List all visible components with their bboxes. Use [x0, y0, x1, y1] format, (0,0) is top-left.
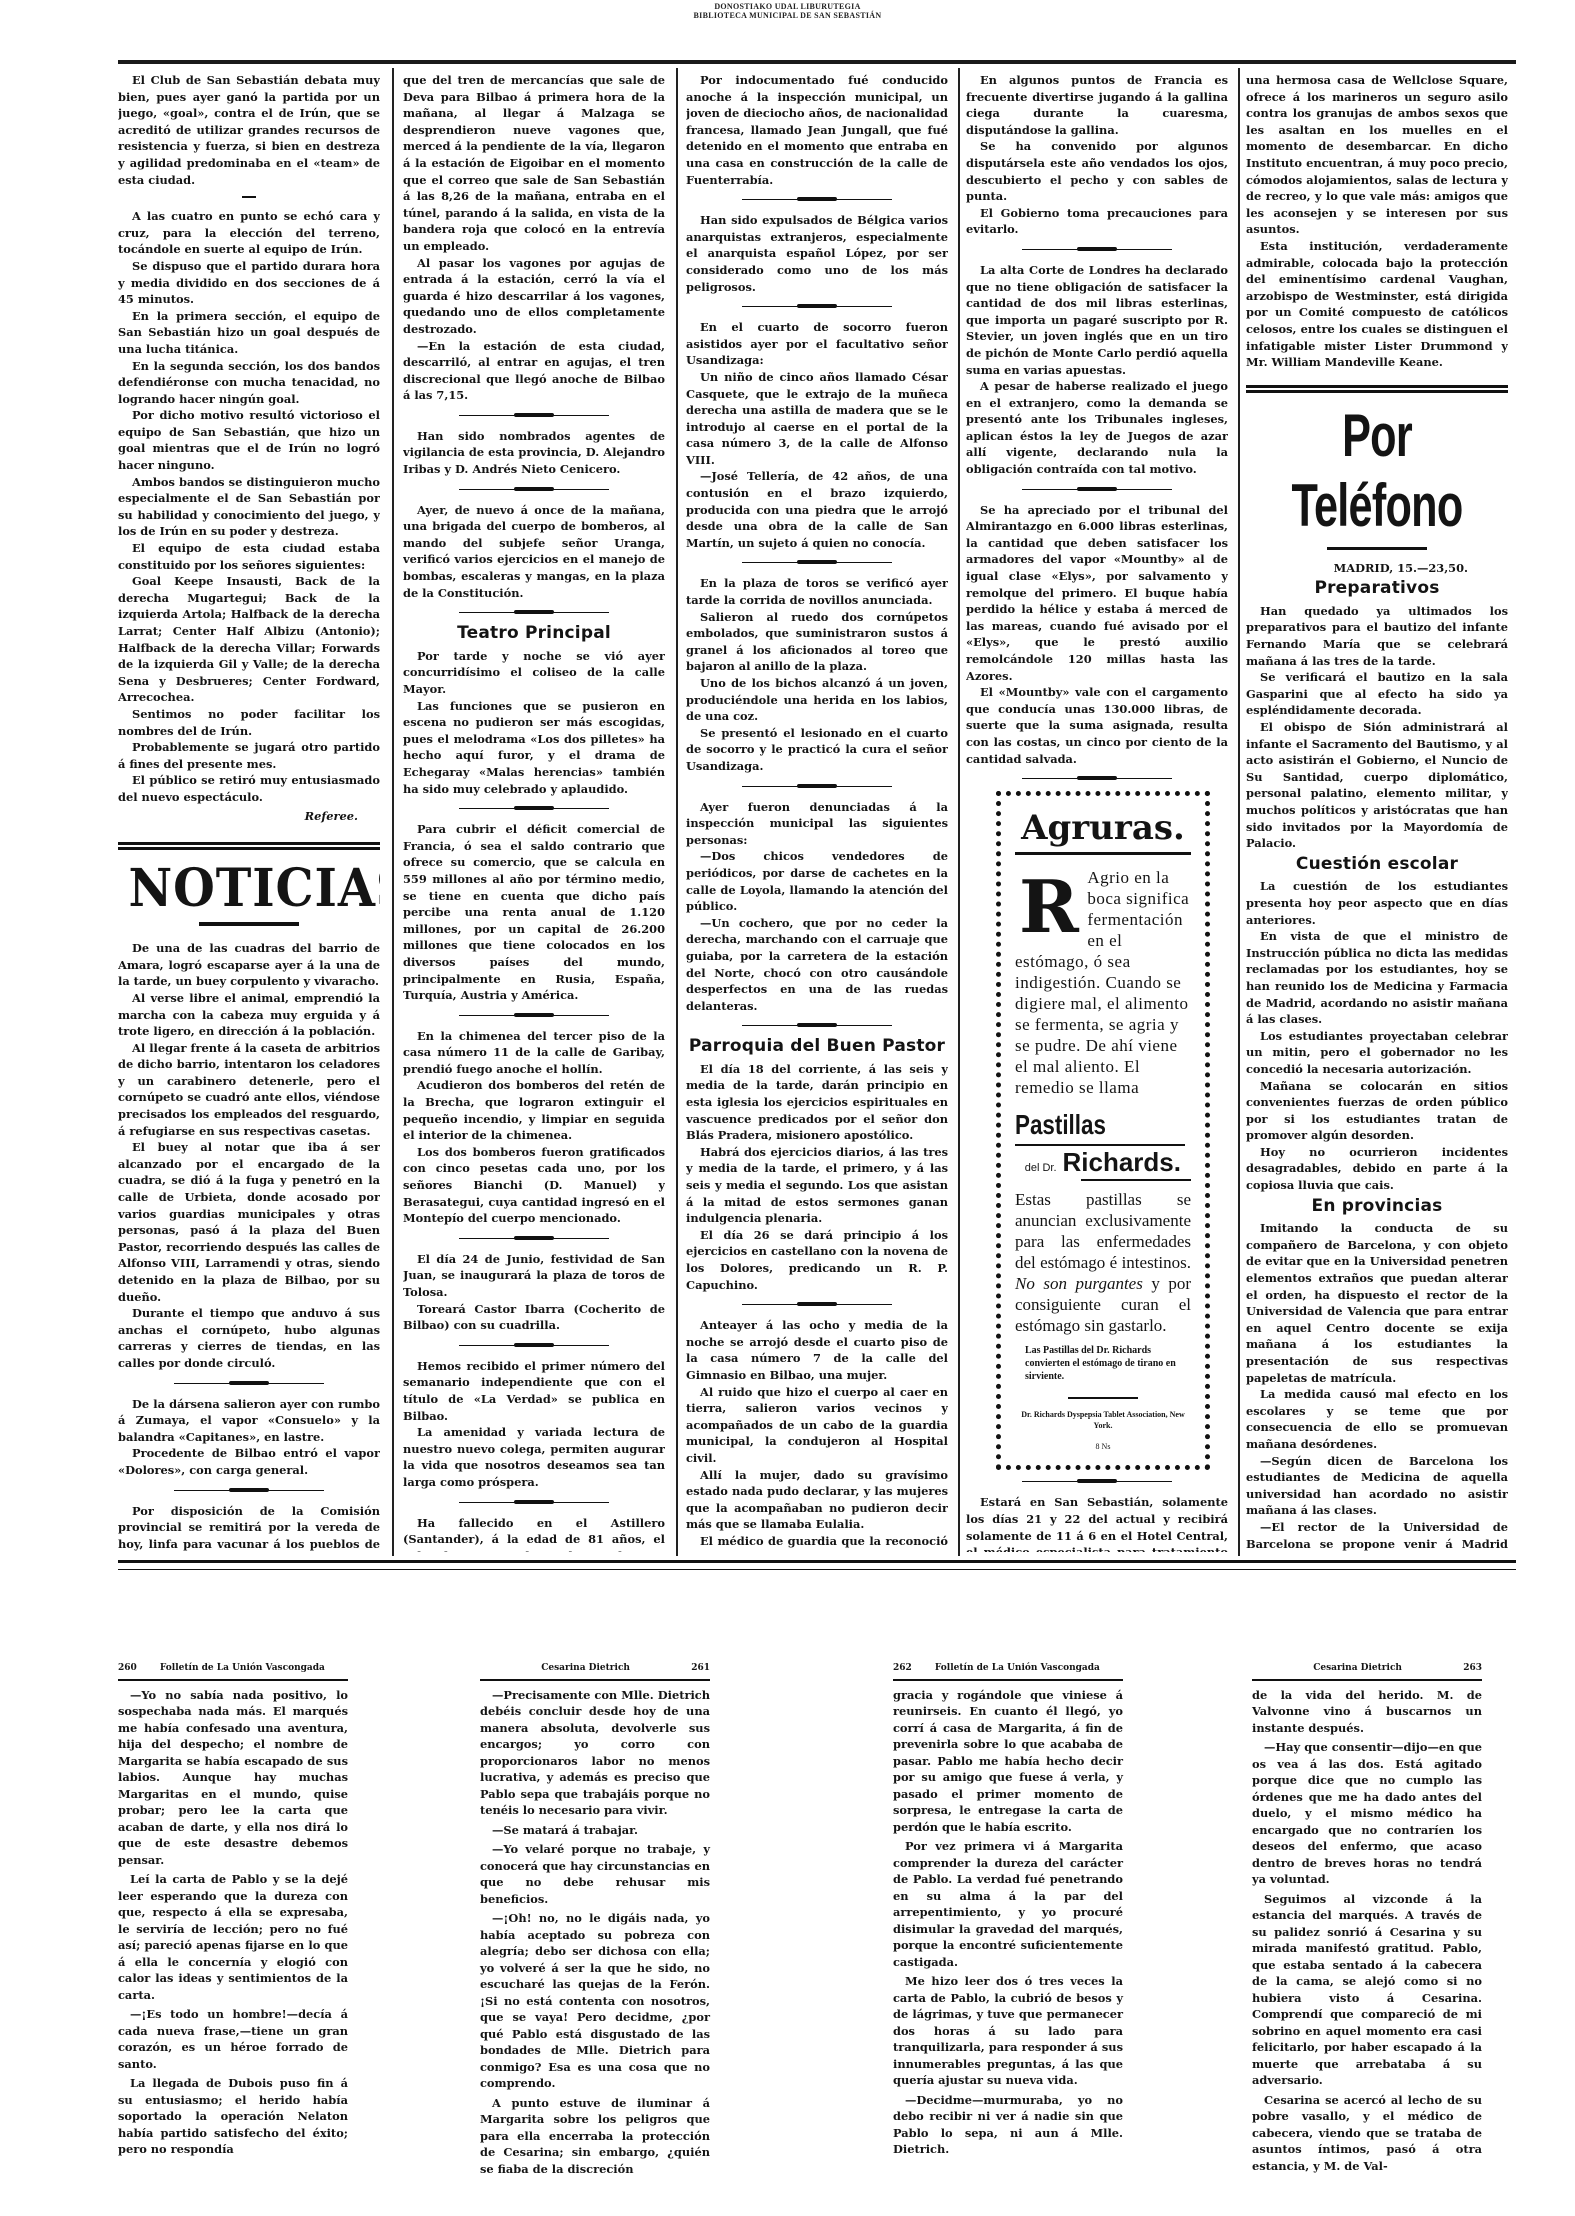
article-paragraph: Esta institución, verdaderamente admirab… — [1246, 238, 1508, 371]
news-paragraph: Al verse libre el animal, emprendió la m… — [118, 990, 380, 1040]
article-paragraph: —Según dicen de Barcelona los estudiante… — [1246, 1453, 1508, 1519]
folletin-page-4: Cesarina Dietrich 263 de la vida del her… — [1252, 1660, 1482, 2216]
article-paragraph: una hermosa casa de Wellclose Square, of… — [1246, 72, 1508, 238]
ornamental-divider — [742, 196, 892, 203]
article-paragraph: El obispo de Sión administrará al infant… — [1246, 719, 1508, 852]
folletin-paragraph: Por vez primera vi á Margarita comprende… — [893, 1838, 1123, 1970]
page-number: 261 — [691, 1660, 710, 1677]
news-paragraph: Por disposición de la Comisión provincia… — [118, 1503, 380, 1552]
feuilleton-separator-rule — [118, 1560, 1516, 1570]
folletin-paragraph: —Decidme—murmuraba, yo no debo recibir n… — [893, 2092, 1123, 2158]
double-rule — [1246, 385, 1508, 393]
column-3: Por indocumentado fué conducido anoche á… — [686, 72, 948, 1552]
title-underline — [1327, 547, 1427, 550]
ornamental-divider — [1022, 486, 1172, 493]
news-paragraph: Procedente de Bilbao entró el vapor «Dol… — [118, 1445, 380, 1478]
ad-product: Pastillas — [1015, 1108, 1156, 1142]
article-paragraph: —Un cochero, que por no ceder la derecha… — [686, 915, 948, 1015]
subhead-preparativos: Preparativos — [1246, 580, 1508, 597]
ornamental-divider — [459, 805, 609, 812]
column-1: El Club de San Sebastián debata muy bien… — [118, 72, 380, 1552]
folletin-paragraph: —Precisamente con Mlle. Dietrich debéis … — [480, 1687, 710, 1819]
article-paragraph: Han sido nombrados agentes de vigilancia… — [403, 428, 665, 478]
article-paragraph: Por indocumentado fué conducido anoche á… — [686, 72, 948, 188]
short-divider — [242, 196, 256, 198]
ornamental-divider — [459, 1342, 609, 1349]
article-paragraph: Ayer fueron denunciadas á la inspección … — [686, 799, 948, 849]
article-paragraph: A las cuatro en punto se echó cara y cru… — [118, 208, 380, 258]
news-paragraph: Durante el tiempo que anduvo á sus ancha… — [118, 1305, 380, 1371]
ad-rule — [1068, 1397, 1138, 1399]
article-paragraph: Por dicho motivo resultó victorioso el e… — [118, 407, 380, 473]
article-paragraph: A pesar de haberse realizado el juego en… — [966, 378, 1228, 478]
folletin-paragraph: —¡Es todo un hombre!—decía á cada nueva … — [118, 2006, 348, 2072]
article-paragraph: Toreará Castor Ibarra (Cocherito de Bilb… — [403, 1301, 665, 1334]
article-paragraph: La amenidad y variada lectura de nuestro… — [403, 1424, 665, 1490]
folletin-paragraph: —Yo no sabía nada positivo, lo sospechab… — [118, 1687, 348, 1869]
article-paragraph: En el cuarto de socorro fueron asistidos… — [686, 319, 948, 369]
ornamental-divider — [742, 783, 892, 790]
folletin-paragraph: —Yo velaré porque no trabaje, y conocerá… — [480, 1841, 710, 1907]
folletin-paragraph: —Hay que consentir—dijo—en que os vea á … — [1252, 1739, 1482, 1888]
ad-doctor-name: Richards. — [1063, 1147, 1182, 1177]
column-rule — [676, 68, 678, 1556]
article-paragraph: —Dos chicos vendedores de periódicos, po… — [686, 848, 948, 914]
folletin-header: 260 Folletín de La Unión Vascongada — [118, 1660, 348, 1681]
signature: Referee. — [118, 808, 380, 825]
folletin-paragraph: gracia y rogándole que viniese á reunirs… — [893, 1687, 1123, 1836]
ornamental-divider — [1022, 1478, 1172, 1485]
article-paragraph: En vista de que el ministro de Instrucci… — [1246, 928, 1508, 1028]
running-title: Folletín de La Unión Vascongada — [160, 1660, 325, 1677]
ad-intro: R Agrio en la boca significa fermentació… — [1015, 867, 1191, 1098]
column-rule — [958, 68, 960, 1556]
ad-note: Las Pastillas del Dr. Richards convierte… — [1025, 1344, 1191, 1383]
section-title-telefono: Por Teléfono — [1283, 401, 1472, 541]
article-paragraph: El equipo de esta ciudad estaba constitu… — [118, 540, 380, 573]
top-rule — [118, 60, 1516, 64]
article-paragraph: Para cubrir el déficit comercial de Fran… — [403, 821, 665, 1004]
article-paragraph: En la chimenea del tercer piso de la cas… — [403, 1028, 665, 1078]
article-paragraph: Los dos bomberos fueron gratificados con… — [403, 1144, 665, 1227]
ornamental-divider — [459, 1235, 609, 1242]
ornamental-divider — [459, 609, 609, 616]
column-4: En algunos puntos de Francia es frecuent… — [966, 72, 1228, 1552]
article-paragraph: El público se retiró muy entusiasmado de… — [118, 772, 380, 805]
folletin-paragraph: de la vida del herido. M. de Valvonne vi… — [1252, 1687, 1482, 1737]
folletin-header: 262 Folletín de La Unión Vascongada — [893, 1660, 1123, 1681]
folletin-paragraph: Cesarina se acercó al lecho de su pobre … — [1252, 2092, 1482, 2175]
article-paragraph: Un niño de cinco años llamado César Casq… — [686, 369, 948, 469]
folletin-header: Cesarina Dietrich 263 — [1252, 1660, 1482, 1681]
article-paragraph: La cuestión de los estudiantes presenta … — [1246, 878, 1508, 928]
folletin-page-3: 262 Folletín de La Unión Vascongada grac… — [893, 1660, 1123, 2216]
article-paragraph: Por tarde y noche se vió ayer concurridí… — [403, 648, 665, 698]
library-stamp: DONOSTIAKO UDAL LIBURUTEGIA BIBLIOTECA M… — [0, 2, 1575, 20]
ornamental-divider — [459, 1012, 609, 1019]
article-paragraph: Han quedado ya ultimados los preparativo… — [1246, 603, 1508, 669]
section-title-teatro: Teatro Principal — [403, 625, 665, 642]
folletin-page-1: 260 Folletín de La Unión Vascongada —Yo … — [118, 1660, 348, 2216]
title-underline — [199, 922, 299, 926]
column-rule — [1238, 68, 1240, 1556]
section-title-noticias: NOTICIAS — [128, 860, 369, 918]
running-title: Cesarina Dietrich — [1313, 1660, 1402, 1677]
ornamental-divider — [1022, 775, 1172, 782]
article-paragraph: Se dispuso que el partido durara hora y … — [118, 258, 380, 308]
ad-maker: Dr. Richards Dyspepsia Tablet Associatio… — [1015, 1409, 1191, 1431]
article-paragraph: Al ruido que hizo el cuerpo al caer en t… — [686, 1384, 948, 1467]
ad-body-text: Estas pastillas se anuncian exclusivamen… — [1015, 1190, 1191, 1272]
article-paragraph: El médico de guardia que la reconoció la… — [686, 1533, 948, 1552]
ornamental-divider — [742, 1022, 892, 1029]
ad-title: Agruras. — [1015, 808, 1191, 848]
article-paragraph: En la plaza de toros se verificó ayer ta… — [686, 575, 948, 608]
article-paragraph: Al pasar los vagones por agujas de entra… — [403, 255, 665, 338]
article-paragraph: —José Tellería, de 42 años, de una contu… — [686, 468, 948, 551]
ad-body: Estas pastillas se anuncian exclusivamen… — [1015, 1189, 1191, 1336]
article-paragraph: Se verificará el bautizo en la sala Gasp… — [1246, 669, 1508, 719]
article-paragraph: Salieron al ruedo dos cornúpetos embolad… — [686, 609, 948, 675]
folletin-paragraph: —Se matará á trabajar. — [480, 1822, 710, 1839]
folletin-page-2: Cesarina Dietrich 261 —Precisamente con … — [480, 1660, 710, 2216]
article-paragraph: La alta Corte de Londres ha declarado qu… — [966, 262, 1228, 378]
folletin-paragraph: Leí la carta de Pablo y se la dejé leer … — [118, 1871, 348, 2003]
ornamental-divider — [742, 559, 892, 566]
article-paragraph: El Club de San Sebastián debata muy bien… — [118, 72, 380, 188]
column-5: una hermosa casa de Wellclose Square, of… — [1246, 72, 1508, 1552]
article-paragraph: Goal Keepe Insausti, Back de la derecha … — [118, 573, 380, 706]
ornamental-divider — [459, 486, 609, 493]
article-paragraph: El día 24 de Junio, festividad de San Ju… — [403, 1251, 665, 1301]
folletin-paragraph: A punto estuve de iluminar á Margarita s… — [480, 2095, 710, 2178]
running-title: Folletín de La Unión Vascongada — [935, 1660, 1100, 1677]
article-paragraph: Imitando la conducta de su compañero de … — [1246, 1220, 1508, 1386]
ornamental-divider — [1022, 246, 1172, 253]
ad-doctor: del Dr.Richards. — [1015, 1154, 1191, 1177]
ornamental-divider — [742, 303, 892, 310]
article-paragraph: Acudieron dos bomberos del retén de la B… — [403, 1077, 665, 1143]
ornamental-divider — [174, 1380, 324, 1387]
article-paragraph: —El rector de la Universidad de Barcelon… — [1246, 1519, 1508, 1552]
double-rule — [118, 842, 380, 850]
article-paragraph: El «Mountby» vale con el cargamento que … — [966, 684, 1228, 767]
column-2: que del tren de mercancías que sale de D… — [403, 72, 665, 1552]
article-paragraph: En la segunda sección, los dos bandos de… — [118, 358, 380, 408]
folletin-header: Cesarina Dietrich 261 — [480, 1660, 710, 1681]
article-paragraph: Se ha convenido por algunos disputársela… — [966, 138, 1228, 204]
article-paragraph: Habrá dos ejercicios diarios, á las tres… — [686, 1144, 948, 1227]
article-paragraph: En algunos puntos de Francia es frecuent… — [966, 72, 1228, 138]
folletin-paragraph: La llegada de Dubois puso fin á su entus… — [118, 2075, 348, 2158]
ornamental-divider — [174, 1487, 324, 1494]
news-paragraph: El buey al notar que iba á ser alcanzado… — [118, 1139, 380, 1305]
stamp-line-1: DONOSTIAKO UDAL LIBURUTEGIA — [0, 2, 1575, 11]
ornamental-divider — [742, 1301, 892, 1308]
article-paragraph: Se presentó el lesionado en el cuarto de… — [686, 725, 948, 775]
ad-rule — [1081, 1179, 1191, 1181]
dateline: MADRID, 15.—23,50. — [1246, 560, 1508, 577]
article-paragraph: Allí la mujer, dado su gravísimo estado … — [686, 1467, 948, 1533]
article-paragraph: —En la estación de esta ciudad, descarri… — [403, 338, 665, 404]
ad-rule — [1015, 1144, 1185, 1146]
article-paragraph: El día 18 del corriente, á las seis y me… — [686, 1061, 948, 1144]
article-paragraph: Estará en San Sebastián, solamente los d… — [966, 1494, 1228, 1552]
article-paragraph: Anteayer á las ocho y media de la noche … — [686, 1317, 948, 1383]
page-number: 260 — [118, 1660, 137, 1677]
page-number: 262 — [893, 1660, 912, 1677]
news-paragraph: De la dársena salieron ayer con rumbo á … — [118, 1396, 380, 1446]
column-rule — [392, 68, 394, 1556]
page-number: 263 — [1463, 1660, 1482, 1677]
ad-body-italic: No son purgantes — [1015, 1274, 1143, 1293]
folletin-paragraph: —¡Oh! no, no le digáis nada, yo había ac… — [480, 1910, 710, 2092]
folletin-paragraph: Seguimos al vizconde á la estancia del m… — [1252, 1891, 1482, 2089]
folletin-paragraph: Me hizo leer dos ó tres veces la carta d… — [893, 1973, 1123, 2089]
subhead-en-provincias: En provincias — [1246, 1198, 1508, 1215]
article-paragraph: En la primera sección, el equipo de San … — [118, 308, 380, 358]
article-paragraph: Uno de los bichos alcanzó á un joven, pr… — [686, 675, 948, 725]
ad-title-rule — [1015, 852, 1191, 855]
section-title-parroquia: Parroquia del Buen Pastor — [686, 1038, 948, 1055]
stamp-line-2: BIBLIOTECA MUNICIPAL DE SAN SEBASTIÁN — [0, 11, 1575, 20]
article-paragraph: Ambos bandos se distinguieron mucho espe… — [118, 474, 380, 540]
ornamental-divider — [459, 412, 609, 419]
ad-doctor-prefix: del Dr. — [1025, 1162, 1057, 1174]
article-paragraph: Han sido expulsados de Bélgica varios an… — [686, 212, 948, 295]
article-paragraph: Probablemente se jugará otro partido á f… — [118, 739, 380, 772]
article-paragraph: Las funciones que se pusieron en escena … — [403, 698, 665, 798]
news-paragraph: De una de las cuadras del barrio de Amar… — [118, 940, 380, 990]
article-paragraph: Ayer, de nuevo á once de la mañana, una … — [403, 502, 665, 602]
article-paragraph: Sentimos no poder facilitar los nombres … — [118, 706, 380, 739]
article-paragraph: Hoy no ocurrieron incidentes desagradabl… — [1246, 1144, 1508, 1194]
subhead-cuestion-escolar: Cuestión escolar — [1246, 856, 1508, 873]
article-paragraph: El día 26 se dará principio á los ejerci… — [686, 1227, 948, 1293]
article-paragraph: La medida causó mal efecto en los escola… — [1246, 1386, 1508, 1452]
article-paragraph: El Gobierno toma precauciones para evita… — [966, 205, 1228, 238]
ad-code: 8 Ns — [1015, 1439, 1191, 1456]
article-paragraph: Se ha apreciado por el tribunal del Almi… — [966, 502, 1228, 685]
advertisement-agruras: Agruras. R Agrio en la boca significa fe… — [996, 791, 1210, 1470]
ornamental-divider — [459, 1499, 609, 1506]
ornamental-r-initial-icon: R — [1019, 871, 1079, 943]
article-paragraph: que del tren de mercancías que sale de D… — [403, 72, 665, 255]
article-paragraph: Ha fallecido en el Astillero (Santander)… — [403, 1515, 665, 1552]
article-paragraph: Los estudiantes proyectaban celebrar un … — [1246, 1028, 1508, 1078]
running-title: Cesarina Dietrich — [541, 1660, 630, 1677]
article-paragraph: Hemos recibido el primer número del sema… — [403, 1358, 665, 1424]
news-paragraph: Al llegar frente á la caseta de arbitrio… — [118, 1040, 380, 1140]
article-paragraph: Mañana se colocarán en sitios convenient… — [1246, 1078, 1508, 1144]
